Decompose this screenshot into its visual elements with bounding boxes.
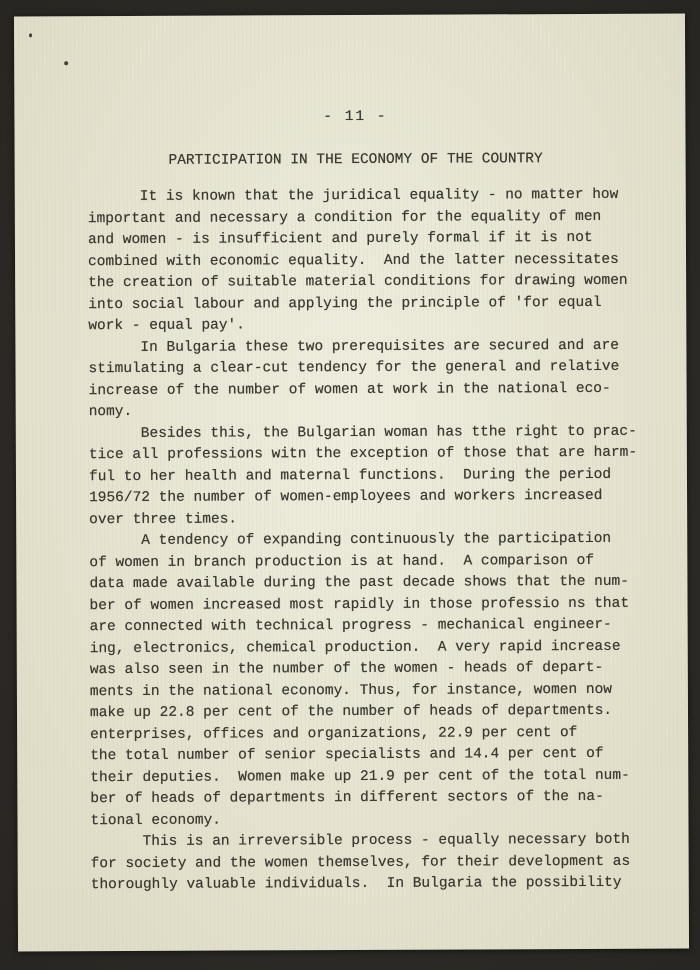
paragraph: A tendency of expanding continuously the… [89,529,662,832]
paragraph: It is known that the juridical equality … [88,185,661,338]
page-number: - 11 - [87,106,623,130]
paragraph: Besides this, the Bulgarian woman has tt… [89,421,661,531]
paragraph: This is an irreversible process - equall… [91,830,663,897]
paragraph: In Bulgaria these two prerequisites are … [88,335,660,423]
page-title: PARTICIPATION IN THE ECONOMY OF THE COUN… [88,149,624,173]
paper-speck [29,33,32,37]
scan-background: { "page": { "page_number": "- 11 -", "ti… [0,0,700,970]
paper-speck [64,61,68,65]
document-body: It is known that the juridical equality … [88,185,663,897]
document-page: - 11 - PARTICIPATION IN THE ECONOMY OF T… [14,14,689,952]
